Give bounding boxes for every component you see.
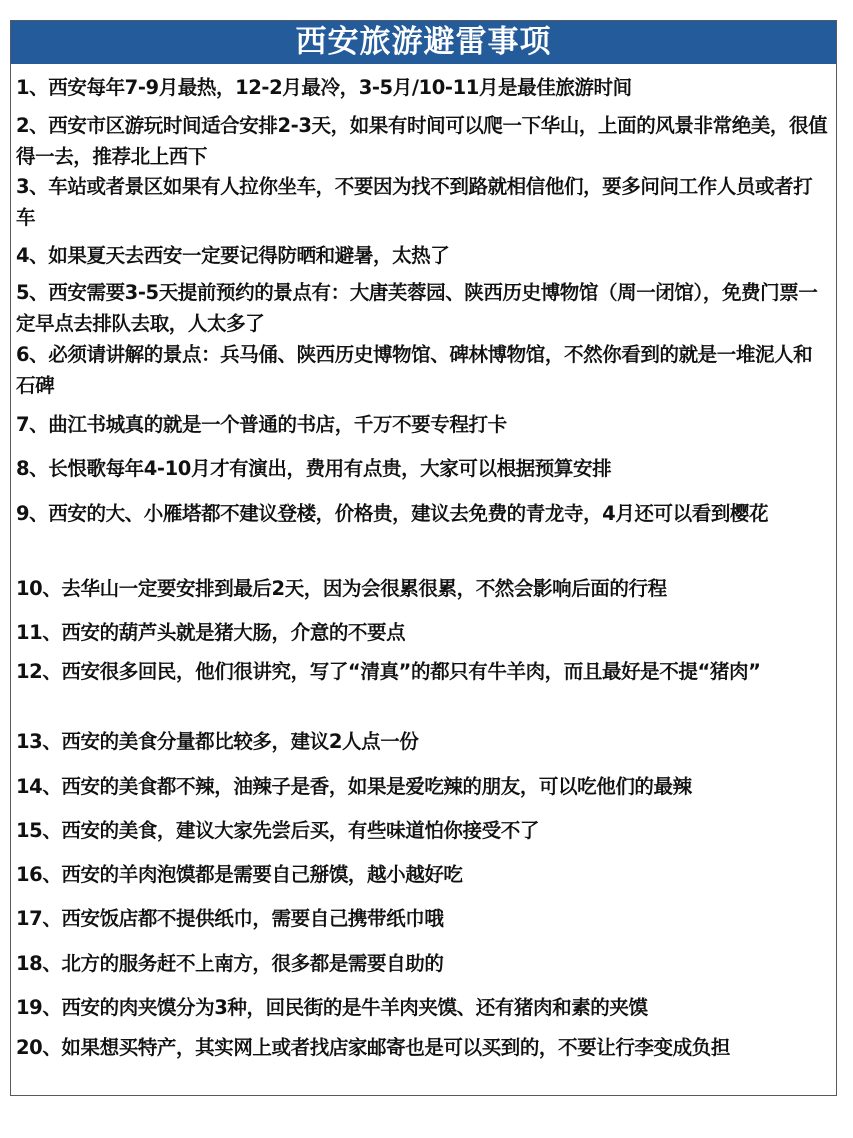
tip-item-16: 16、西安的羊肉泡馍都是需要自己掰馍，越小越好吃: [16, 860, 830, 891]
tip-item-12: 12、西安很多回民，他们很讲究，写了“清真”的都只有牛羊肉，而且最好是不提“猪肉…: [16, 657, 830, 688]
tip-item-8: 8、长恨歌每年4-10月才有演出，费用有点贵，大家可以根据预算安排: [16, 454, 830, 485]
tip-item-5: 5、西安需要3-5天提前预约的景点有：大唐芙蓉园、陕西历史博物馆（周一闭馆），免…: [16, 278, 830, 339]
tip-item-11: 11、西安的葫芦头就是猪大肠，介意的不要点: [16, 618, 830, 649]
tip-item-15: 15、西安的美食，建议大家先尝后买，有些味道怕你接受不了: [16, 816, 830, 847]
tip-item-3: 3、车站或者景区如果有人拉你坐车，不要因为找不到路就相信他们，要多问问工作人员或…: [16, 172, 830, 233]
tip-item-1: 1、西安每年7-9月最热，12-2月最冷，3-5月/10-11月是最佳旅游时间: [16, 73, 830, 104]
tip-item-18: 18、北方的服务赶不上南方，很多都是需要自助的: [16, 949, 830, 980]
tip-item-14: 14、西安的美食都不辣，油辣子是香，如果是爱吃辣的朋友，可以吃他们的最辣: [16, 772, 830, 803]
page-title: 西安旅游避雷事项: [296, 21, 552, 64]
tip-item-10: 10、去华山一定要安排到最后2天，因为会很累很累，不然会影响后面的行程: [16, 574, 830, 605]
tip-item-7: 7、曲江书城真的就是一个普通的书店，千万不要专程打卡: [16, 410, 830, 441]
tip-item-13: 13、西安的美食分量都比较多，建议2人点一份: [16, 727, 830, 758]
tip-item-2: 2、西安市区游玩时间适合安排2-3天，如果有时间可以爬一下华山，上面的风景非常绝…: [16, 111, 830, 172]
tip-item-17: 17、西安饭店都不提供纸巾，需要自己携带纸巾哦: [16, 904, 830, 935]
tips-sheet: 西安旅游避雷事项 1、西安每年7-9月最热，12-2月最冷，3-5月/10-11…: [10, 20, 837, 1096]
tip-item-4: 4、如果夏天去西安一定要记得防晒和避暑，太热了: [16, 241, 830, 272]
tip-item-6: 6、必须请讲解的景点：兵马俑、陕西历史博物馆、碑林博物馆，不然你看到的就是一堆泥…: [16, 340, 830, 401]
tip-item-9: 9、西安的大、小雁塔都不建议登楼，价格贵，建议去免费的青龙寺，4月还可以看到樱花: [16, 499, 830, 530]
tip-item-20: 20、如果想买特产，其实网上或者找店家邮寄也是可以买到的，不要让行李变成负担: [16, 1033, 830, 1064]
tip-item-19: 19、西安的肉夹馍分为3种，回民街的是牛羊肉夹馍、还有猪肉和素的夹馍: [16, 993, 830, 1024]
title-bar: 西安旅游避雷事项: [11, 21, 836, 64]
